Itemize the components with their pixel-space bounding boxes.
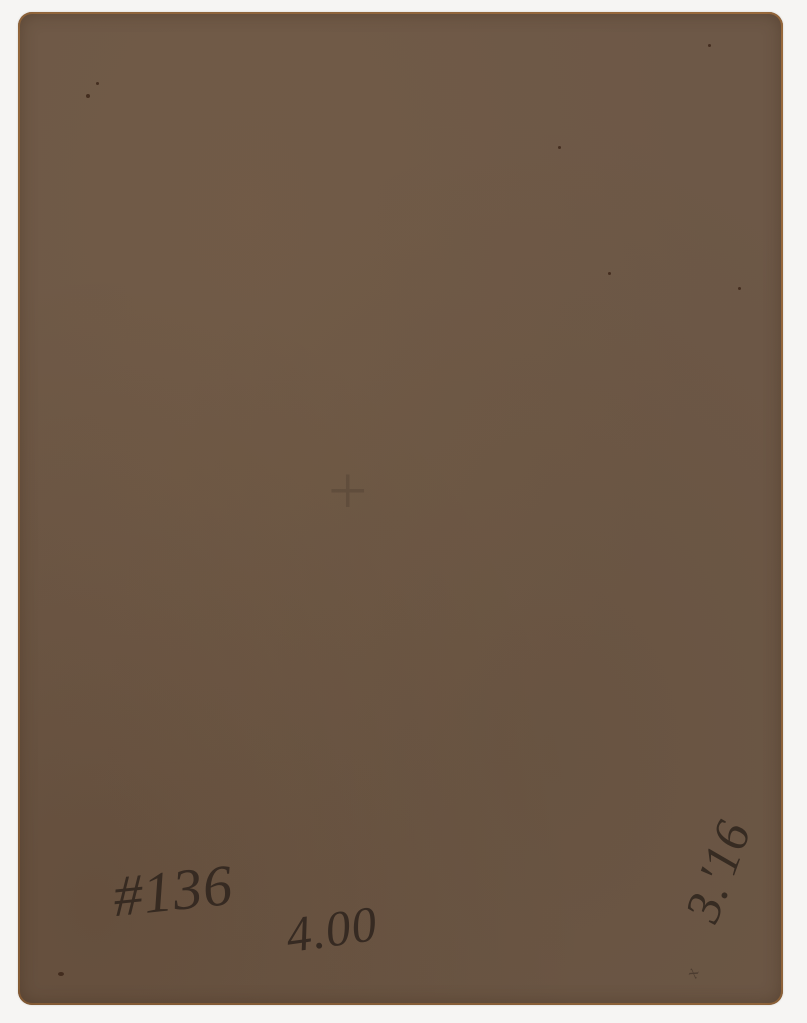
cabinet-card-back: + #136 4.00 3.'16 x xyxy=(18,12,783,1005)
speck xyxy=(608,272,611,275)
margin-code-note: 3.'16 xyxy=(673,813,763,930)
margin-small-note: x xyxy=(681,965,704,981)
speck xyxy=(96,82,99,85)
faint-imprint: + xyxy=(328,452,367,532)
inventory-number-note: #136 xyxy=(110,851,236,930)
speck xyxy=(558,146,561,149)
speck xyxy=(708,44,711,47)
price-note: 4.00 xyxy=(282,894,381,964)
speck xyxy=(58,972,64,976)
speck xyxy=(86,94,90,98)
speck xyxy=(738,287,741,290)
